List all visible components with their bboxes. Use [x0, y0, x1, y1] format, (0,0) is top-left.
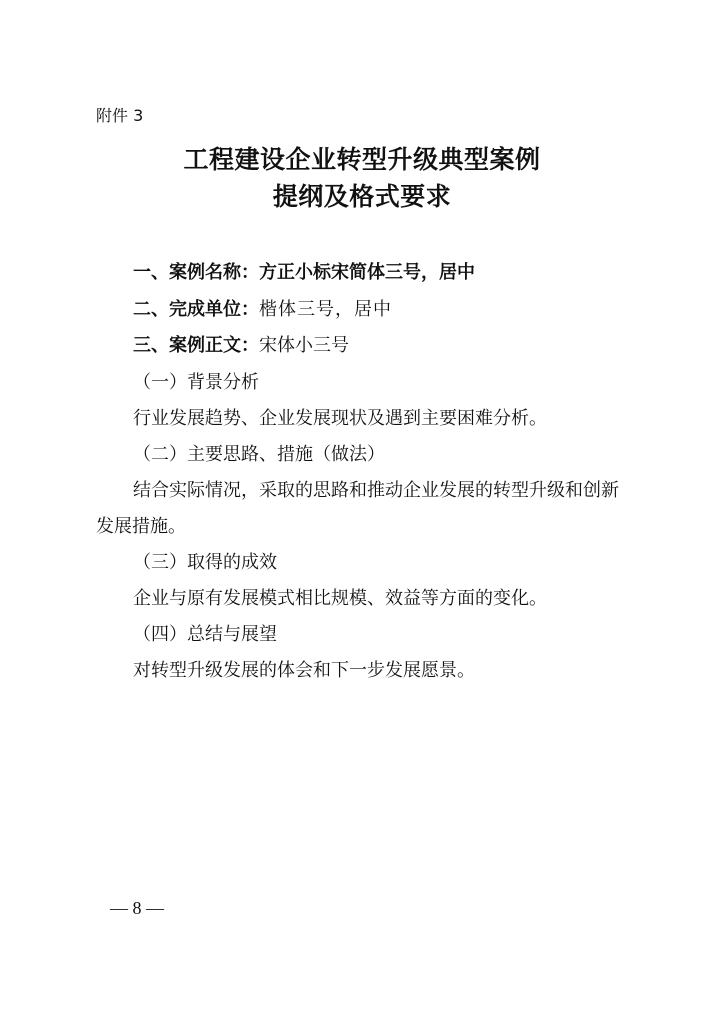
section-heading-approach: （二）主要思路、措施（做法） — [133, 440, 385, 466]
requirement-heading: 三、案例正文： — [133, 335, 259, 356]
section-body-continued: 发展措施。 — [96, 512, 186, 538]
requirement-value: 宋体小三号 — [259, 335, 349, 356]
section-body: 行业发展趋势、企业发展现状及遇到主要困难分析。 — [133, 404, 547, 430]
requirement-value: 方正小标宋简体三号，居中 — [259, 262, 475, 283]
requirement-body-text: 三、案例正文：宋体小三号 — [133, 331, 349, 357]
document-title-line1: 工程建设企业转型升级典型案例 — [0, 140, 724, 176]
requirement-heading: 二、完成单位： — [133, 299, 259, 320]
section-body: 企业与原有发展模式相比规模、效益等方面的变化。 — [133, 584, 547, 610]
section-heading-summary: （四）总结与展望 — [133, 620, 277, 646]
page-number: — 8 — — [110, 898, 164, 919]
requirement-heading: 一、案例名称： — [133, 262, 259, 283]
requirement-unit: 二、完成单位：楷体三号，居中 — [133, 295, 392, 321]
requirement-case-name: 一、案例名称：方正小标宋简体三号，居中 — [133, 258, 475, 284]
attachment-label: 附件 3 — [96, 103, 143, 126]
section-heading-background: （一）背景分析 — [133, 368, 259, 394]
requirement-value: 楷体三号，居中 — [259, 299, 392, 320]
document-title-line2: 提纲及格式要求 — [0, 177, 724, 213]
section-body: 对转型升级发展的体会和下一步发展愿景。 — [133, 656, 475, 682]
section-body: 结合实际情况，采取的思路和推动企业发展的转型升级和创新 — [133, 476, 619, 502]
section-heading-results: （三）取得的成效 — [133, 548, 277, 574]
